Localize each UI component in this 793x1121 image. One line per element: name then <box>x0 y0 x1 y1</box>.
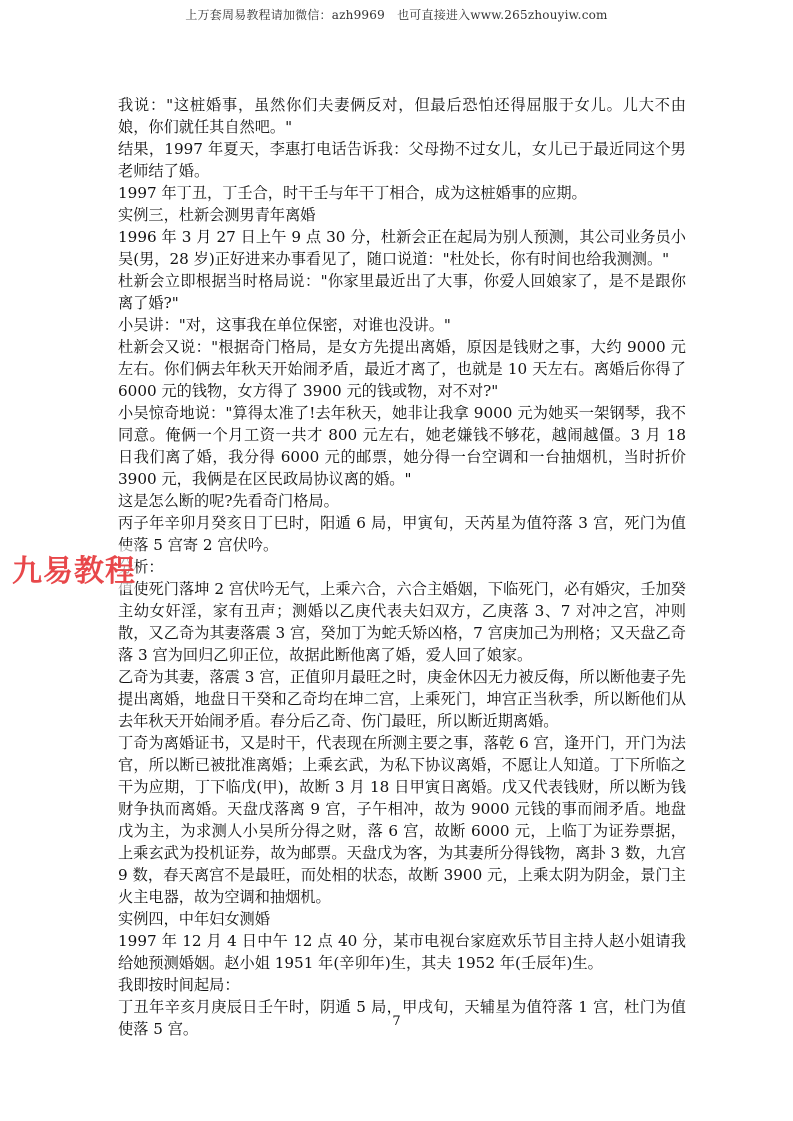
paragraph: 结果，1997 年夏天，李惠打电话告诉我：父母拗不过女儿，女儿已于最近同这个男老… <box>118 138 686 182</box>
paragraph: 小吴讲："对，这事我在单位保密，对谁也没讲。" <box>118 314 686 336</box>
paragraph: 1996 年 3 月 27 日上午 9 点 30 分，杜新会正在起局为别人预测，… <box>118 226 686 270</box>
paragraph: 我说："这桩婚事，虽然你们夫妻俩反对，但最后恐怕还得屈服于女儿。儿大不由娘，你们… <box>118 94 686 138</box>
paragraph: 1997 年丁丑，丁壬合，时干壬与年干丁相合，成为这桩婚事的应期。 <box>118 182 686 204</box>
page-header-banner: 上万套周易教程请加微信：azh9969 也可直接进入www.265zhouyiw… <box>0 6 793 23</box>
paragraph: 值使死门落坤 2 宫伏吟无气，上乘六合，六合主婚姻，下临死门，必有婚灾，壬加癸主… <box>118 578 686 666</box>
paragraph: 1997 年 12 月 4 日中午 12 点 40 分，某市电视台家庭欢乐节目主… <box>118 930 686 974</box>
paragraph: 丁奇为离婚证书，又是时干，代表现在所测主要之事，落乾 6 宫，逢开门，开门为法官… <box>118 732 686 908</box>
section-heading: 实例三，杜新会测男青年离婚 <box>118 204 686 226</box>
paragraph: 丙子年辛卯月癸亥日丁巳时，阳遁 6 局，甲寅旬，天芮星为值符落 3 宫，死门为值… <box>118 512 686 556</box>
paragraph: 乙奇为其妻，落震 3 宫，正值卯月最旺之时，庚金休囚无力被反侮，所以断他妻子先提… <box>118 666 686 732</box>
paragraph: 杜新会立即根据当时格局说："你家里最近出了大事，你爱人回娘家了，是不是跟你离了婚… <box>118 270 686 314</box>
section-heading: 分析： <box>118 556 686 578</box>
document-body: 我说："这桩婚事，虽然你们夫妻俩反对，但最后恐怕还得屈服于女儿。儿大不由娘，你们… <box>118 94 686 1040</box>
paragraph: 小吴惊奇地说："算得太准了!去年秋天，她非让我拿 9000 元为她买一架钢琴，我… <box>118 402 686 490</box>
watermark-logo: 九易教程 <box>12 546 136 590</box>
paragraph: 我即按时间起局： <box>118 974 686 996</box>
paragraph: 杜新会又说："根据奇门格局，是女方先提出离婚，原因是钱财之事，大约 9000 元… <box>118 336 686 402</box>
paragraph: 这是怎么断的呢?先看奇门格局。 <box>118 490 686 512</box>
section-heading: 实例四，中年妇女测婚 <box>118 908 686 930</box>
page-number: 7 <box>0 1014 793 1029</box>
